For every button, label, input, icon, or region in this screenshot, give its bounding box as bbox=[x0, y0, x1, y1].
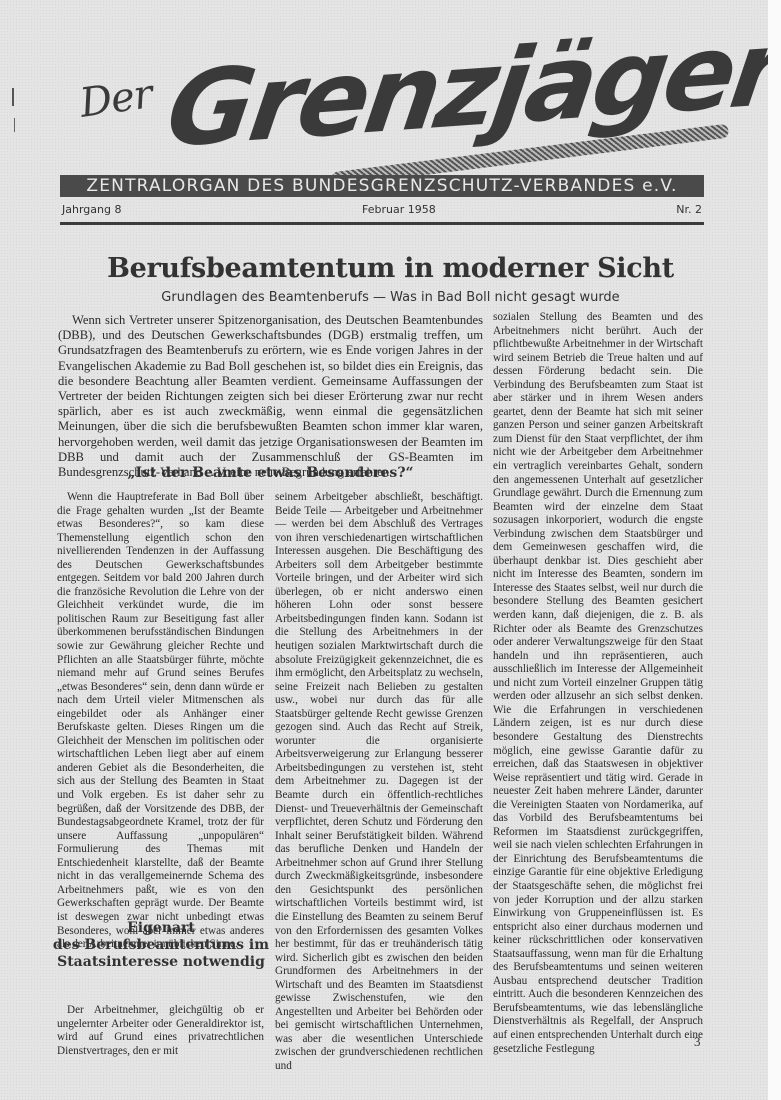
article-headline: Berufsbeamtentum in moderner Sicht bbox=[0, 253, 781, 284]
column-1b-text: Der Arbeitnehmer, gleichgültig ob er ung… bbox=[57, 1004, 264, 1058]
scan-edge bbox=[768, 0, 781, 1100]
article-column-1-continued: Der Arbeitnehmer, gleichgültig ob er ung… bbox=[57, 1004, 264, 1058]
masthead-rule bbox=[60, 222, 704, 225]
column-2-text: seinem Arbeitgeber abschließt, beschäfti… bbox=[275, 491, 483, 1074]
masthead-title: Grenzjäger bbox=[160, 8, 781, 170]
margin-mark bbox=[14, 118, 15, 132]
column-1-text: Wenn die Hauptreferate in Bad Boll über … bbox=[57, 491, 264, 952]
article-column-3: sozialen Stellung des Beamten und des Ar… bbox=[493, 311, 703, 1056]
section-heading-2-line: Staatsinteresse notwendig bbox=[50, 954, 272, 971]
article-column-1: Wenn die Hauptreferate in Bad Boll über … bbox=[57, 491, 264, 952]
column-3-text: sozialen Stellung des Beamten und des Ar… bbox=[493, 311, 703, 1056]
margin-mark bbox=[12, 88, 14, 106]
masthead-banner: ZENTRALORGAN DES BUNDESGRENZSCHUTZ-VERBA… bbox=[60, 175, 704, 197]
issue-date: Februar 1958 bbox=[362, 203, 436, 216]
section-heading-2: Eigenart des Berufsbeamtentums im Staats… bbox=[50, 920, 272, 971]
newspaper-page: Der Grenzjäger ZENTRALORGAN DES BUNDESGR… bbox=[0, 0, 768, 1100]
issue-meta-line: Jahrgang 8 Februar 1958 Nr. 2 bbox=[62, 203, 702, 216]
article-lead-paragraph: Wenn sich Vertreter unserer Spitzenorgan… bbox=[58, 313, 483, 480]
issue-number: Nr. 2 bbox=[676, 203, 702, 216]
article-column-2: seinem Arbeitgeber abschließt, beschäfti… bbox=[275, 491, 483, 1074]
page-number: 3 bbox=[694, 1034, 701, 1050]
masthead: Der Grenzjäger bbox=[60, 50, 720, 180]
section-heading-1: „Ist der Beamte etwas Besonderes?“ bbox=[58, 465, 483, 481]
section-heading-2-line: Eigenart bbox=[50, 920, 272, 937]
article-subheadline: Grundlagen des Beamtenberufs — Was in Ba… bbox=[0, 290, 781, 305]
section-heading-2-line: des Berufsbeamtentums im bbox=[50, 937, 272, 954]
masthead-article: Der bbox=[77, 71, 155, 127]
volume-label: Jahrgang 8 bbox=[62, 203, 121, 216]
